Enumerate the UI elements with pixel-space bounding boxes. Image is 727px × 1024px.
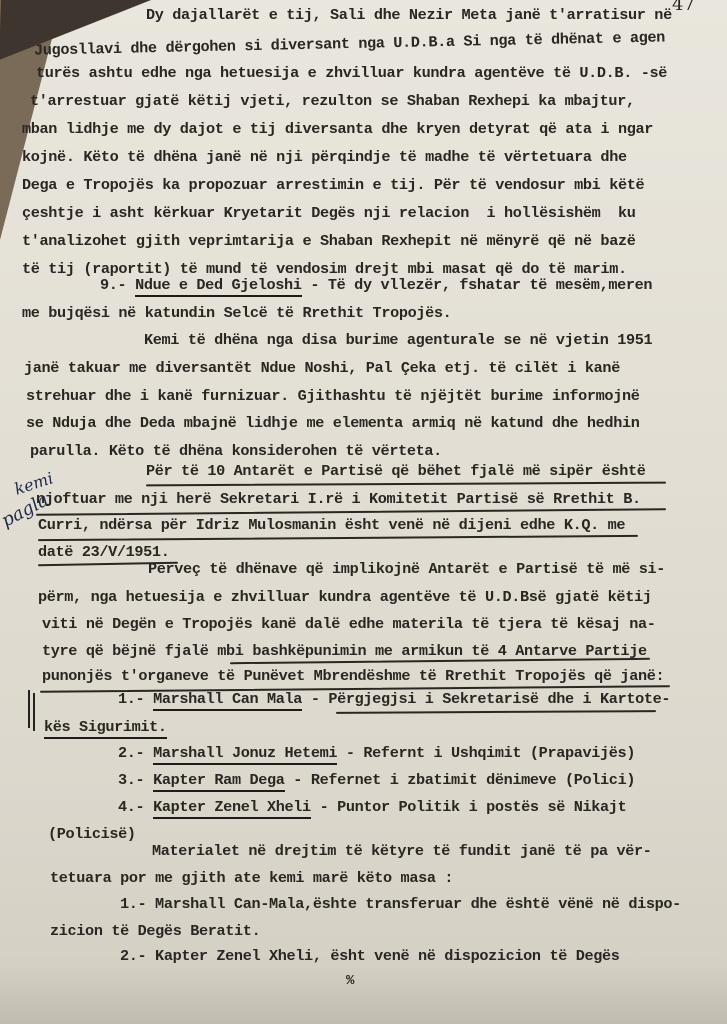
text-line: zicion të Degës Beratit.: [50, 922, 260, 940]
measure-text: Marshall Can-Mala,ështe transferuar dhe …: [146, 895, 681, 913]
text-line: se Nduja dhe Deda mbajnë lidhje me eleme…: [26, 414, 639, 432]
text-line: Për të 10 Antarët e Partisë që bëhet fja…: [146, 462, 646, 480]
agent-role-cont: kës Sigurimit.: [44, 718, 167, 739]
agent-name: Marshall Jonuz Hetemi: [153, 744, 337, 765]
agent-list-item: 2.- Marshall Jonuz Hetemi - Refernt i Us…: [118, 744, 635, 762]
section-9-desc: - Të dy vllezër, fshatar të mesëm,meren: [302, 276, 653, 294]
text-line: punonjës t'organeve të Punëvet Mbrendësh…: [42, 667, 664, 685]
agent-list-item: 1.- Marshall Can Mala - Përgjegjsi i Sek…: [118, 690, 670, 708]
text-line: janë takuar me diversantët Ndue Noshi, P…: [24, 359, 620, 377]
text-line: me bujqësi në katundin Selcë të Rrethit …: [22, 304, 451, 322]
margin-mark: [33, 693, 35, 731]
text-line: tyre që bëjnë fjalë mbi bashkëpunimin me…: [42, 642, 647, 660]
agent-name: Kapter Zenel Xheli: [153, 798, 311, 819]
text-line: mban lidhje me dy dajot e tij diversanta…: [22, 120, 653, 138]
underline-mark: [336, 710, 656, 714]
top-handwritten-mark: 47: [672, 0, 695, 15]
measure-item: 2.- Kapter Zenel Xheli, ësht venë në dis…: [120, 947, 620, 965]
text-line: strehuar dhe i kanë furnizuar. Gjithasht…: [26, 387, 639, 405]
text-line: t'arrestuar gjatë këtij vjeti, rezulton …: [30, 92, 635, 110]
agent-role: - Refernet i zbatimit dënimeve (Polici): [285, 771, 636, 789]
item-number: 4.-: [118, 798, 144, 816]
agent-name: Marshall Can Mala: [153, 690, 302, 711]
agent-role: - Refernt i Ushqimit (Prapavijës): [337, 744, 635, 762]
text-line: përm, nga hetuesija e zhvilluar kundra a…: [38, 588, 651, 606]
item-number: 1.-: [120, 895, 146, 913]
measure-item: 1.- Marshall Can-Mala,ështe transferuar …: [120, 895, 681, 913]
underline-mark: [146, 482, 666, 487]
text-line: datë 23/V/1951.: [38, 543, 169, 561]
text-line: Materialet në drejtim të këtyre të fundi…: [152, 842, 652, 860]
text-line: (Policisë): [48, 825, 136, 843]
section-9-name: Ndue e Ded Gjeloshi: [135, 276, 302, 297]
text-line: çeshtje i asht kërkuar Kryetarit Degës n…: [22, 204, 635, 222]
text-line: Kemi të dhëna nga disa burime agenturale…: [144, 331, 652, 349]
item-number: 2.-: [120, 947, 146, 965]
agent-role: - Puntor Politik i postës së Nikajt: [311, 798, 627, 816]
section-9-heading: 9.- Ndue e Ded Gjeloshi - Të dy vllezër,…: [100, 276, 652, 294]
page-number-mark: %: [346, 973, 354, 989]
text-line: kës Sigurimit.: [44, 718, 167, 736]
underline-mark: [36, 508, 666, 515]
text-line: tetuara por me gjith ate kemi marë këto …: [50, 869, 453, 887]
text-line: kojnë. Këto të dhëna janë në nji përqind…: [22, 148, 627, 166]
measure-text: Kapter Zenel Xheli, ësht venë në dispozi…: [146, 947, 619, 965]
item-number: 1.-: [118, 690, 144, 708]
text-line: turës ashtu edhe nga hetuesija e zhvillu…: [36, 64, 667, 82]
text-line: Curri, ndërsa për Idriz Mulosmanin ësht …: [38, 516, 625, 534]
item-number: 2.-: [118, 744, 144, 762]
text-line: viti në Degën e Tropojës kanë dalë edhe …: [42, 615, 655, 633]
agent-role: - Përgjegjsi i Sekretarisë dhe i Kartote…: [302, 690, 670, 708]
margin-mark: [28, 690, 30, 728]
text-line: Dy dajallarët e tij, Sali dhe Nezir Meta…: [146, 6, 672, 24]
text-line: njoftuar me nji herë Sekretari I.rë i Ko…: [36, 490, 641, 508]
agent-name: Kapter Ram Dega: [153, 771, 284, 792]
agent-list-item: 4.- Kapter Zenel Xheli - Puntor Politik …: [118, 798, 626, 816]
item-number: 3.-: [118, 771, 144, 789]
section-number: 9.-: [100, 276, 126, 294]
text-line: t'analizohet gjith veprimtarija e Shaban…: [22, 232, 635, 250]
page-shadow: [0, 964, 727, 1024]
agent-list-item: 3.- Kapter Ram Dega - Refernet i zbatimi…: [118, 771, 635, 789]
underline-mark: [38, 535, 638, 541]
text-line: Përveç të dhënave që implikojnë Antarët …: [148, 560, 665, 578]
text-line: parulla. Këto të dhëna konsiderohen të v…: [30, 442, 442, 460]
document-page: 47 Dy dajallarët e tij, Sali dhe Nezir M…: [0, 0, 727, 1024]
text-line: Dega e Tropojës ka propozuar arrestimin …: [22, 176, 644, 194]
